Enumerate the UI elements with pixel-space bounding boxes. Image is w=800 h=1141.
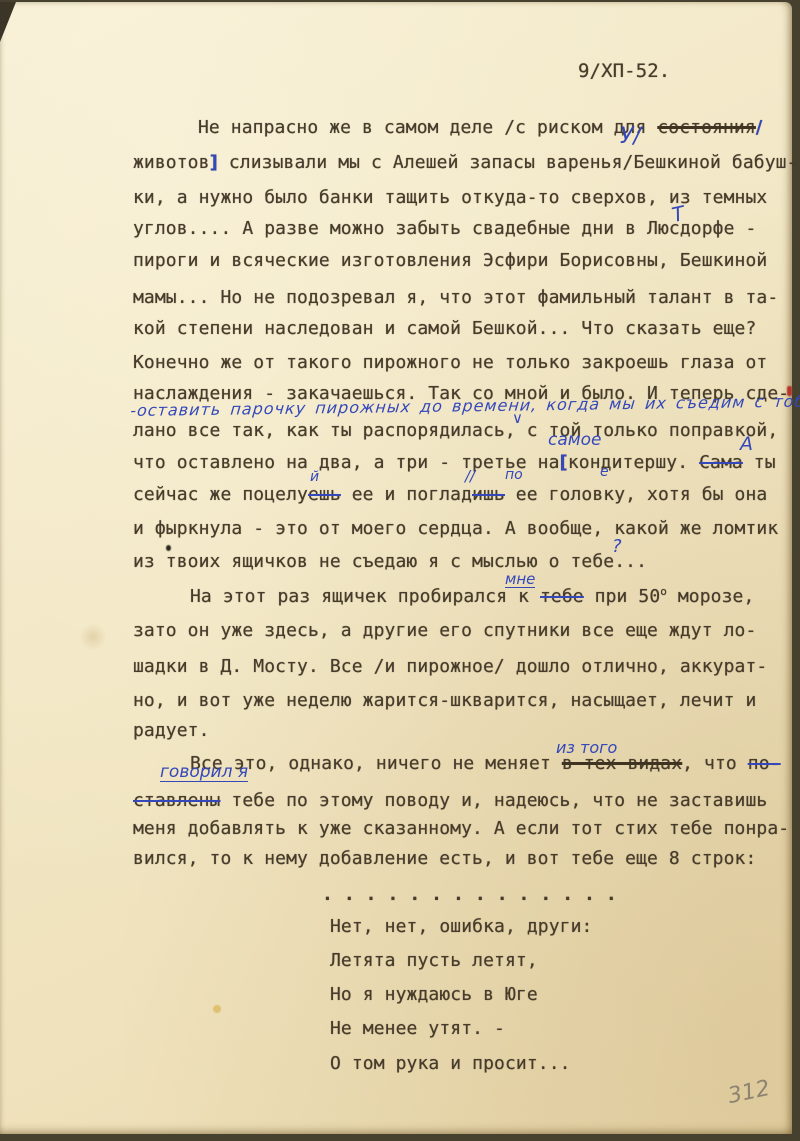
typed-line: лано все так, как ты распорядилась, с то… <box>133 422 778 440</box>
handwritten-y-short: й <box>310 470 319 484</box>
poem-line: Но я нуждаюсь в Юге <box>330 986 538 1004</box>
scanned-letter-page: { "page": { "date": "9/ХП-52.", "page_nu… <box>0 0 800 1141</box>
letter-page: 9/ХП-52. Не напрасно же в самом деле /с … <box>0 2 792 1134</box>
typed-line: и фыркнула - это от моего сердца. А вооб… <box>133 520 778 538</box>
handwritten-govoril-ya: говорил я <box>160 764 248 782</box>
typed-segment-blue: ] <box>210 152 218 173</box>
typed-segment-bstrike: тебе <box>540 586 584 607</box>
typed-segment: кой степени наследован и самой Бешкой...… <box>133 318 756 339</box>
typed-line: зато он уже здесь, а другие его спутники… <box>133 622 756 640</box>
typed-line: из твоих ящичков не съедаю я с мыслью о … <box>133 553 647 571</box>
typed-segment: морозе, <box>667 586 755 607</box>
typed-segment: пироги и всяческие изготовления Эсфири Б… <box>133 250 767 271</box>
typed-segment: ты <box>743 452 776 473</box>
poem-line: О том рука и просит... <box>330 1055 571 1073</box>
typed-line: углов.... А разве можно забыть свадебные… <box>133 220 756 238</box>
handwritten-slash-marks: // <box>465 469 475 484</box>
typed-segment: О том рука и просит... <box>330 1053 571 1074</box>
handwritten-e-mark: е <box>600 465 609 479</box>
typed-segment: ее и поглад <box>341 484 472 505</box>
typed-segment: Не менее утят. - <box>330 1018 505 1039</box>
typed-line: На этот раз ящичек пробирался к тебе при… <box>190 586 754 606</box>
typed-segment: Летята пусть летят, <box>330 950 538 971</box>
scan-corner-shadow <box>0 2 16 42</box>
typed-segment: при 50 <box>584 586 661 607</box>
typed-segment: кондитершу. <box>568 452 699 473</box>
typed-segment-bstrike: Сама <box>699 452 743 473</box>
typed-line: сейчас же поцелуешь ее и погладишь ее го… <box>133 486 767 504</box>
handwritten-mne: мне <box>505 572 535 588</box>
typed-segment: углов.... А разве можно забыть свадебные… <box>133 218 756 239</box>
typed-line: мамы... Но не подозревал я, что этот фам… <box>133 289 778 307</box>
typed-line: кой степени наследован и самой Бешкой...… <box>133 320 756 338</box>
dots-separator: .............. <box>322 886 628 904</box>
typed-line: вился, то к нему добавление есть, и вот … <box>133 850 756 868</box>
typed-segment: тебе по этому поводу и, надеюсь, что не … <box>221 790 768 811</box>
typed-segment: но, и вот уже неделю жарится-шкварится, … <box>133 690 756 711</box>
handwritten-u-insert: У/ <box>620 126 641 148</box>
typed-segment-bstrike: ставлены <box>133 790 221 811</box>
poem-line: Не менее утят. - <box>330 1020 505 1038</box>
typed-segment: зато он уже здесь, а другие его спутники… <box>133 620 756 641</box>
pencil-page-number: 312 <box>726 1076 772 1109</box>
typed-line: Не напрасно же в самом деле /с риском дл… <box>198 119 762 137</box>
typed-line: Конечно же от такого пирожного не только… <box>133 354 767 372</box>
typed-segment-bstrike: по- <box>748 753 781 774</box>
typed-line: радует. <box>133 722 210 740</box>
typed-line: ставлены тебе по этому поводу и, надеюсь… <box>133 792 767 810</box>
typed-segment: сейчас же поцелу <box>133 484 308 505</box>
typed-line: меня добавлять к уже сказанному. А если … <box>133 820 789 838</box>
poem-line: Нет, нет, ошибка, други: <box>330 918 593 936</box>
typed-segment: и фыркнула - это от моего сердца. А вооб… <box>133 518 778 539</box>
typed-line: что оставлено на два, а три - третье на[… <box>133 454 776 472</box>
typed-segment: Конечно же от такого пирожного не только… <box>133 352 767 373</box>
typed-segment: радует. <box>133 720 210 741</box>
typed-segment: , что <box>682 753 748 774</box>
typed-segment: шадки в Д. Мосту. Все /и пирожное/ дошло… <box>133 656 767 677</box>
typed-segment: Нет, нет, ошибка, други: <box>330 916 593 937</box>
poem-line: Летята пусть летят, <box>330 952 538 970</box>
typed-line: пироги и всяческие изготовления Эсфири Б… <box>133 252 767 270</box>
typed-segment: животов <box>133 152 210 173</box>
typed-segment: ее головку, хотя бы она <box>505 484 768 505</box>
typed-line: но, и вот уже неделю жарится-шкварится, … <box>133 692 756 710</box>
handwritten-po: по <box>505 468 523 482</box>
typed-segment-bstrike: ешь <box>308 484 341 505</box>
typed-line: шадки в Д. Мосту. Все /и пирожное/ дошло… <box>133 658 767 676</box>
typed-segment: мамы... Но не подозревал я, что этот фам… <box>133 287 778 308</box>
date: 9/ХП-52. <box>578 62 670 81</box>
typed-segment: На этот раз ящичек пробирался к <box>190 586 540 607</box>
typed-segment: вился, то к нему добавление есть, и вот … <box>133 848 756 869</box>
typed-segment-blue: [ <box>560 452 568 473</box>
typed-segment: Не напрасно же в самом деле /с риском дл… <box>198 117 657 138</box>
typed-segment: что оставлено на два, а три - третье на <box>133 452 560 473</box>
typed-segment: из твоих ящичков не съедаю я с мыслью о … <box>133 551 647 572</box>
handwritten-samoe: самое <box>548 432 601 449</box>
paper-stain <box>78 624 108 650</box>
typed-line: животов] слизывали мы с Алешей запасы ва… <box>133 154 798 172</box>
paper-stain-small <box>213 1005 221 1013</box>
typed-segment: лано все так, как ты распорядилась, с то… <box>133 420 778 441</box>
handwritten-caret: ∨ <box>512 411 523 426</box>
typed-segment: Но я нуждаюсь в Юге <box>330 984 538 1005</box>
typed-line: Все это, однако, ничего не меняет в тех … <box>190 755 781 773</box>
handwritten-question-mark: ? <box>612 538 622 556</box>
typed-segment-sup: о <box>660 585 667 598</box>
typed-segment-blue: / <box>756 117 763 138</box>
typed-segment-strike: состояния <box>657 117 755 138</box>
handwritten-iz-togo: из того <box>556 740 617 756</box>
typed-segment: слизывали мы с Алешей запасы варенья/Беш… <box>218 152 798 173</box>
typed-segment-bstrike: ишь <box>472 484 505 505</box>
typed-segment: меня добавлять к уже сказанному. А если … <box>133 818 789 839</box>
handwritten-a-letter: А <box>740 435 753 454</box>
